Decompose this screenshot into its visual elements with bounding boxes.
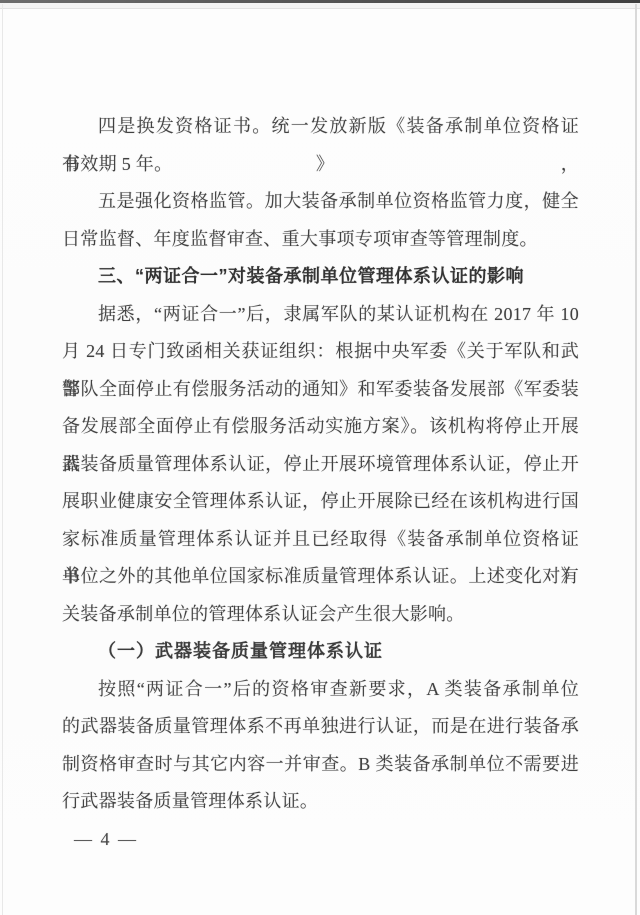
scan-right-edge: [635, 4, 637, 915]
scanned-document-page: 四是换发资格证书。统一发放新版《装备承制单位资格证书》，有效期 5 年。五是强化…: [0, 0, 640, 915]
text-line: 的武器装备质量管理体系不再单独进行认证，而是在进行装备承: [62, 708, 579, 746]
scan-left-edge: [2, 4, 3, 915]
text-line: 器装备质量管理体系认证，停止开展环境管理体系认证，停止开: [62, 446, 579, 484]
text-line: 行武器装备质量管理体系认证。: [62, 783, 579, 821]
subsection-heading: （一）武器装备质量管理体系认证: [62, 633, 579, 671]
text-line: 备发展部全面停止有偿服务活动实施方案》。该机构将停止开展武: [62, 408, 579, 446]
text-line: 展职业健康安全管理体系认证，停止开展除已经在该机构进行国: [62, 483, 579, 521]
text-line: 单位之外的其他单位国家标准质量管理体系认证。上述变化对有: [62, 558, 579, 596]
text-line: 关装备承制单位的管理体系认证会产生很大影响。: [62, 596, 579, 634]
text-line: 制资格审查时与其它内容一并审查。B 类装备承制单位不需要进: [62, 746, 579, 784]
scan-top-shadow: [0, 3, 640, 9]
text-line: 按照“两证合一”后的资格审查新要求，A 类装备承制单位: [62, 671, 579, 709]
text-line: 据悉，“两证合一”后，隶属军队的某认证机构在 2017 年 10: [62, 296, 579, 334]
text-line: 五是强化资格监管。加大装备承制单位资格监管力度，健全: [62, 183, 579, 221]
text-line: 四是换发资格证书。统一发放新版《装备承制单位资格证书》，: [62, 108, 579, 146]
text-line: 部队全面停止有偿服务活动的通知》和军委装备发展部《军委装: [62, 371, 579, 409]
text-line: 家标准质量管理体系认证并且已经取得《装备承制单位资格证书》: [62, 521, 579, 559]
document-body: 四是换发资格证书。统一发放新版《装备承制单位资格证书》，有效期 5 年。五是强化…: [62, 108, 579, 821]
text-line: 月 24 日专门致函相关获证组织：根据中央军委《关于军队和武警: [62, 333, 579, 371]
text-line: 日常监督、年度监督审查、重大事项专项审查等管理制度。: [62, 221, 579, 259]
section-heading: 三、“两证合一”对装备承制单位管理体系认证的影响: [62, 258, 579, 296]
page-number: — 4 —: [74, 821, 138, 859]
